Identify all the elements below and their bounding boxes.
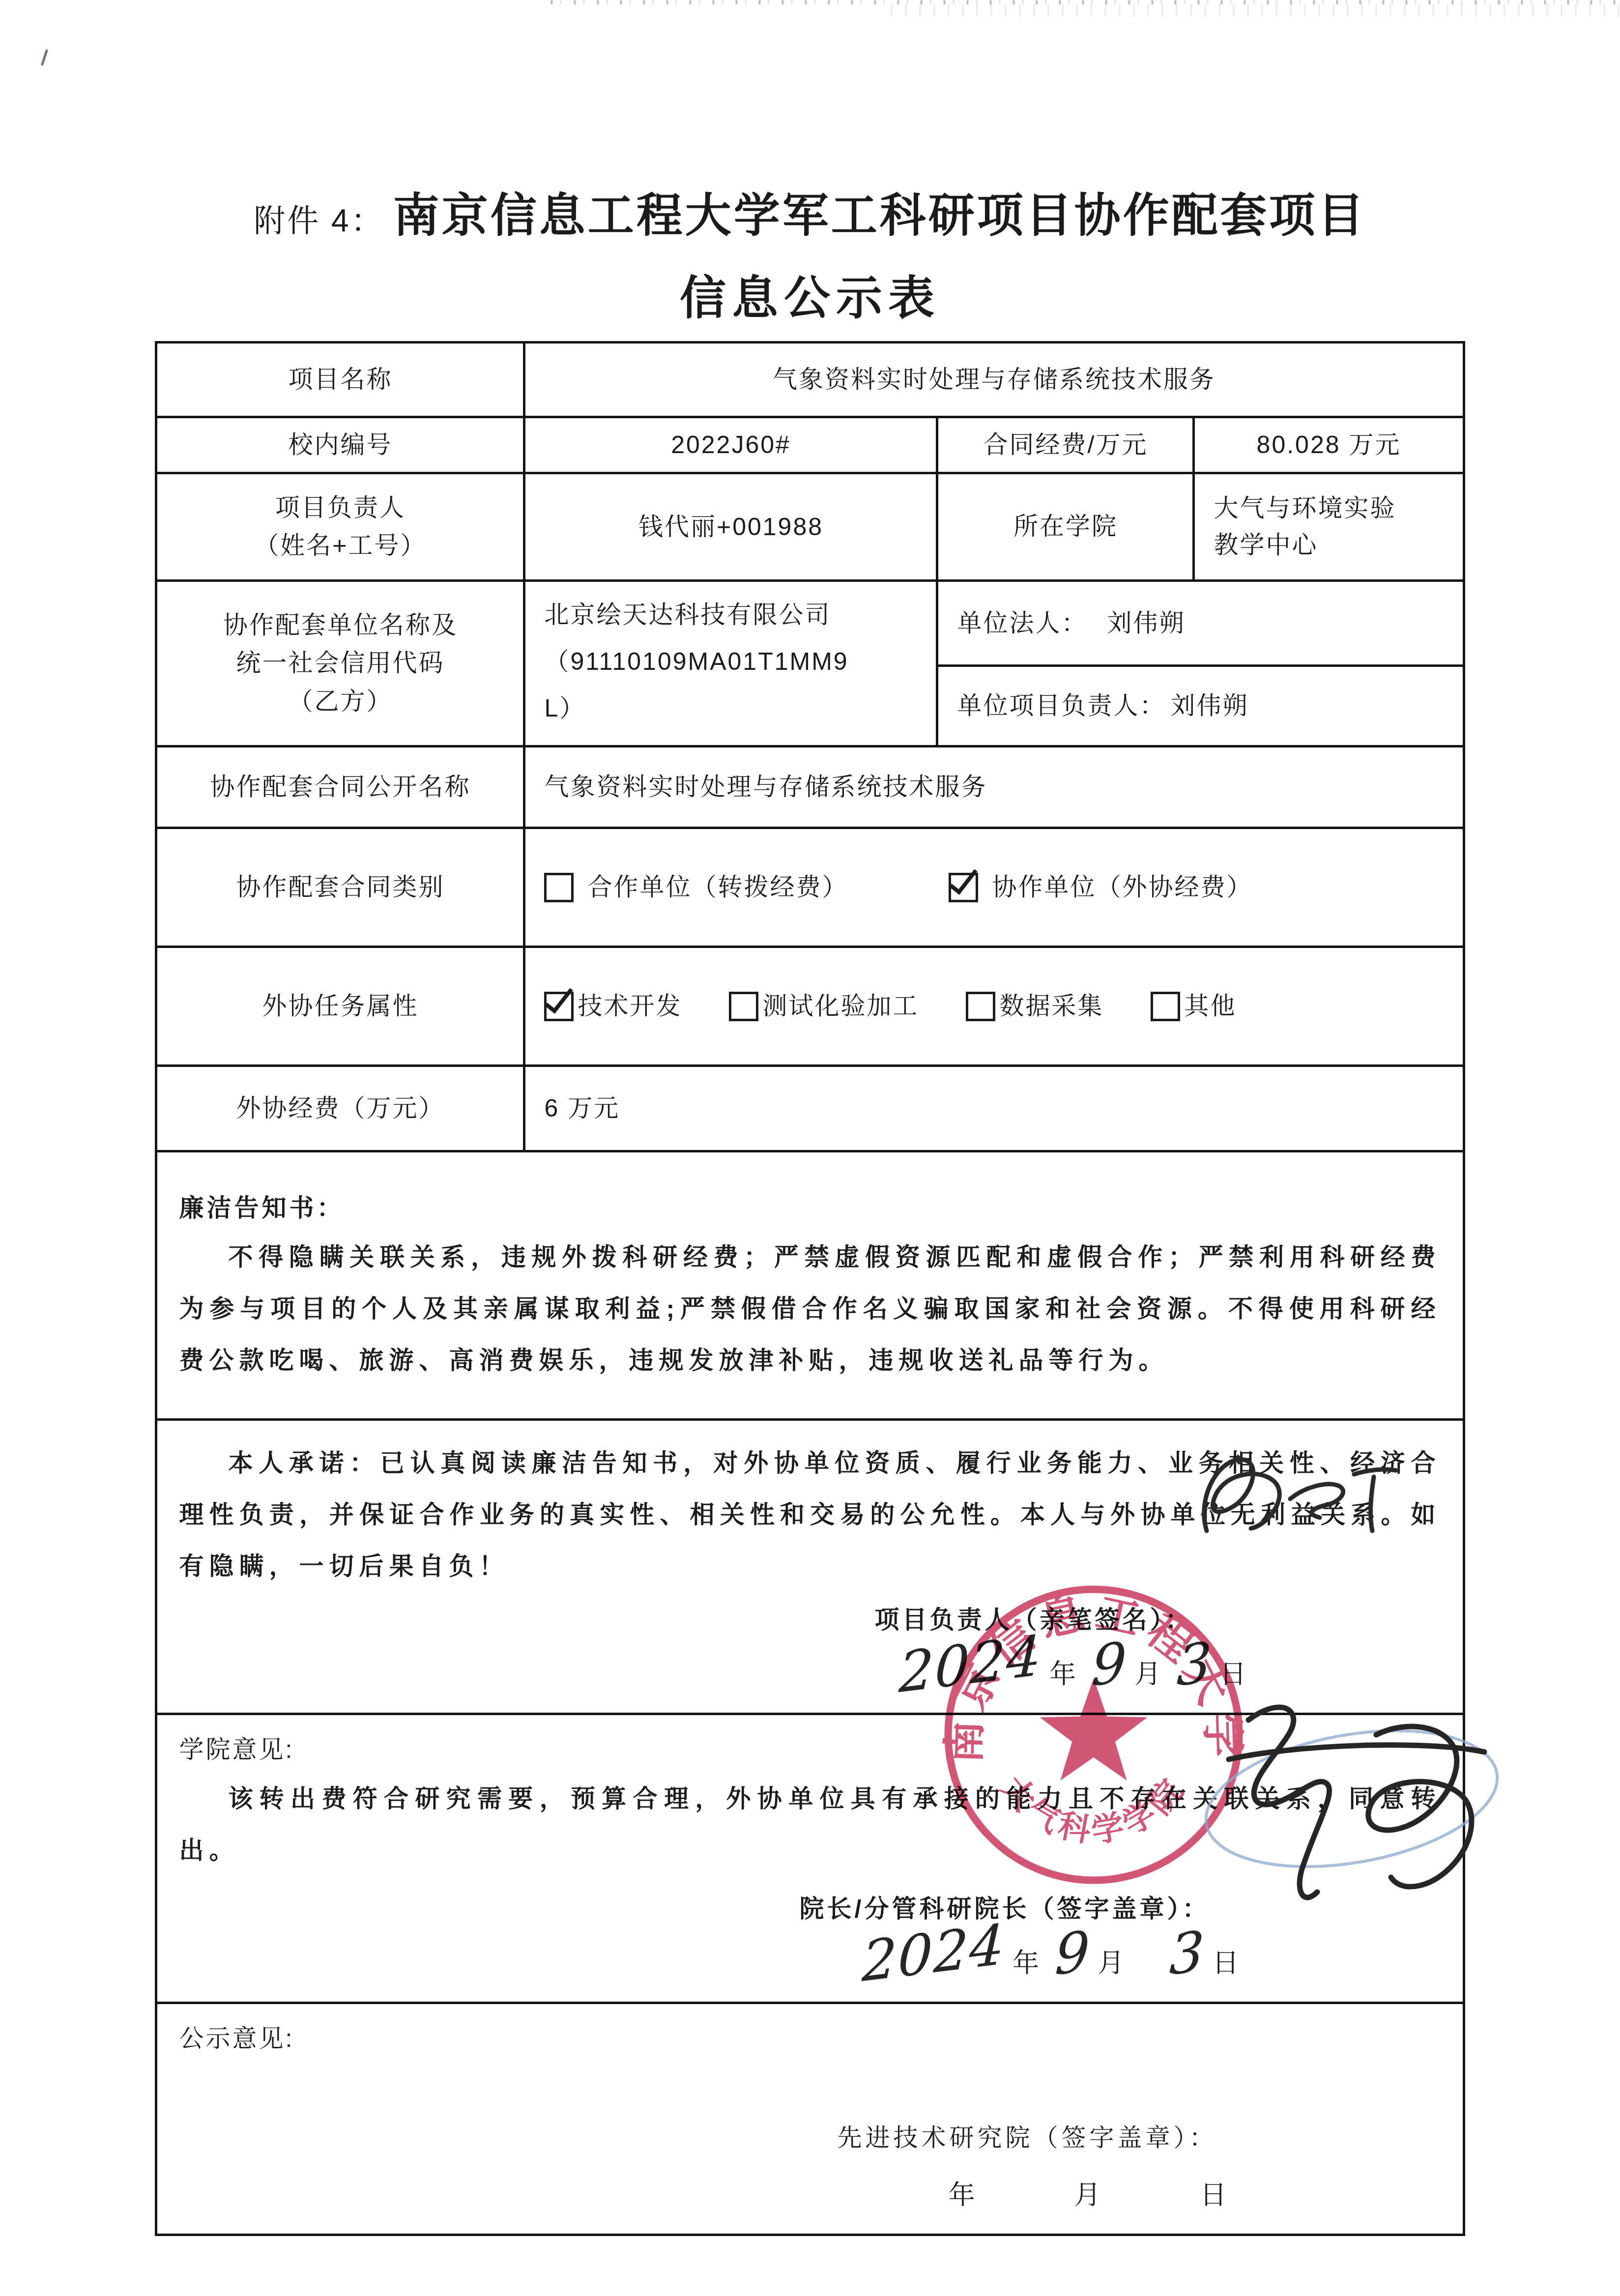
row-project-name: 项目名称 气象资料实时处理与存储系统技术服务 bbox=[156, 343, 1464, 417]
college-value: 大气与环境实验 教学中心 bbox=[1194, 473, 1464, 581]
outsource-fund-value: 6 万元 bbox=[524, 1066, 1464, 1151]
blank-date-line: 年 月 日 bbox=[179, 2168, 1441, 2223]
public-name-label: 协作配套合同公开名称 bbox=[156, 746, 524, 828]
integrity-notice-cell: 廉洁告知书： 不得隐瞒关联关系，违规外拨科研经费；严禁虚假资源匹配和虚假合作；严… bbox=[156, 1151, 1464, 1420]
college-opinion-label: 学院意见: bbox=[179, 1726, 1441, 1773]
pi-sign-label: 项目负责人（亲笔签名）： bbox=[179, 1592, 1441, 1647]
scanned-form-page: 附件 4：南京信息工程大学军工科研项目协作配套项目 信息公示表 项目名称 气象资… bbox=[0, 0, 1620, 2296]
document-title-text: 南京信息工程大学军工科研项目协作配套项目 bbox=[393, 190, 1366, 241]
year-unit: 年 bbox=[1049, 1660, 1077, 1689]
document-title: 附件 4：南京信息工程大学军工科研项目协作配套项目 信息公示表 bbox=[0, 0, 1620, 321]
option-label: 协作单位（外协经费） bbox=[992, 869, 1252, 906]
option-label: 测试化验加工 bbox=[762, 988, 919, 1025]
school-code-value: 2022J60# bbox=[524, 417, 937, 473]
row-task-attr: 外协任务属性 技术开发 测试化验加工 数据采集 其他 bbox=[156, 947, 1464, 1066]
handwritten-month: 9 bbox=[1092, 1663, 1128, 1667]
month-unit: 月 bbox=[1098, 1949, 1125, 1978]
scanner-noise-artifact bbox=[891, 4, 1620, 17]
leader-label: 项目负责人 （姓名+工号） bbox=[156, 473, 524, 581]
checkbox-unchecked-icon bbox=[729, 992, 758, 1021]
title-line-2: 信息公示表 bbox=[0, 275, 1620, 321]
task-attr-label: 外协任务属性 bbox=[156, 947, 524, 1066]
row-partner-unit: 协作配套单位名称及 统一社会信用代码 （乙方） 北京绘天达科技有限公司 （911… bbox=[156, 581, 1464, 666]
option-label: 其他 bbox=[1184, 988, 1236, 1025]
checkbox-unchecked-icon bbox=[1151, 992, 1180, 1021]
row-outsource-fund: 外协经费（万元） 6 万元 bbox=[156, 1066, 1464, 1151]
legal-person-value: 刘伟朔 bbox=[1107, 609, 1185, 637]
contract-type-options: 合作单位（转拨经费） 协作单位（外协经费） bbox=[524, 828, 1464, 947]
task-attr-options: 技术开发 测试化验加工 数据采集 其他 bbox=[524, 947, 1464, 1066]
contract-type-label: 协作配套合同类别 bbox=[156, 828, 524, 947]
project-name-value: 气象资料实时处理与存储系统技术服务 bbox=[524, 343, 1464, 417]
dean-sign-label: 院长/分管科研院长（签字盖章）： bbox=[179, 1881, 1441, 1936]
leader-value: 钱代丽+001988 bbox=[524, 473, 937, 581]
day-unit: 日 bbox=[1213, 1949, 1240, 1978]
college-opinion-body: 该转出费符合研究需要，预算合理，外协单位具有承接的能力且不存在关联关系，同意转出… bbox=[179, 1773, 1441, 1876]
handwritten-year: 2024 bbox=[862, 1945, 1005, 1962]
option-label: 合作单位（转拨经费） bbox=[587, 869, 848, 906]
publicity-opinion-label: 公示意见: bbox=[179, 2015, 1441, 2062]
contract-fund-value: 80.028 万元 bbox=[1194, 417, 1464, 473]
attachment-label: 附件 4： bbox=[254, 203, 384, 238]
checkbox-checked-icon bbox=[544, 992, 574, 1021]
year-unit: 年 bbox=[1012, 1949, 1040, 1978]
day-unit: 日 bbox=[1200, 2181, 1228, 2210]
row-college-opinion: 学院意见: 该转出费符合研究需要，预算合理，外协单位具有承接的能力且不存在关联关… bbox=[156, 1714, 1464, 2003]
unit-pi-value: 刘伟朔 bbox=[1170, 692, 1248, 719]
handwritten-day: 3 bbox=[1170, 1952, 1206, 1956]
option-other: 其他 bbox=[1151, 988, 1236, 1025]
commitment-body: 本人承诺：已认真阅读廉洁告知书，对外协单位资质、履行业务能力、业务相关性、经济合… bbox=[179, 1437, 1441, 1592]
checkbox-unchecked-icon bbox=[544, 873, 574, 902]
checkbox-unchecked-icon bbox=[966, 992, 995, 1021]
row-contract-type: 协作配套合同类别 合作单位（转拨经费） 协作单位（外协经费） bbox=[156, 828, 1464, 947]
contract-fund-label: 合同经费/万元 bbox=[937, 417, 1194, 473]
option-label: 数据采集 bbox=[999, 988, 1103, 1025]
unit-pi-cell: 单位项目负责人：刘伟朔 bbox=[937, 666, 1464, 746]
row-publicity-opinion: 公示意见: 先进技术研究院（签字盖章）： 年 月 日 bbox=[156, 2003, 1464, 2235]
month-unit: 月 bbox=[1134, 1660, 1162, 1689]
partner-unit-label: 协作配套单位名称及 统一社会信用代码 （乙方） bbox=[156, 581, 524, 746]
integrity-body: 不得隐瞒关联关系，违规外拨科研经费；严禁虚假资源匹配和虚假合作；严禁利用科研经费… bbox=[179, 1232, 1441, 1386]
month-unit: 月 bbox=[1074, 2181, 1102, 2210]
legal-person-label: 单位法人： bbox=[957, 609, 1087, 637]
day-unit: 日 bbox=[1220, 1660, 1247, 1689]
partner-unit-value: 北京绘天达科技有限公司 （91110109MA01T1MM9 L） bbox=[524, 581, 937, 746]
integrity-heading: 廉洁告知书： bbox=[179, 1184, 1441, 1232]
info-table: 项目名称 气象资料实时处理与存储系统技术服务 校内编号 2022J60# 合同经… bbox=[155, 341, 1465, 2236]
commitment-cell: 本人承诺：已认真阅读廉洁告知书，对外协单位资质、履行业务能力、业务相关性、经济合… bbox=[156, 1420, 1464, 1714]
public-name-value: 气象资料实时处理与存储系统技术服务 bbox=[524, 746, 1464, 828]
legal-person-cell: 单位法人：刘伟朔 bbox=[937, 581, 1464, 666]
college-label: 所在学院 bbox=[937, 473, 1194, 581]
publicity-opinion-cell: 公示意见: 先进技术研究院（签字盖章）： 年 月 日 bbox=[156, 2003, 1464, 2235]
pi-sign-date: 2024年 9月 3日 bbox=[179, 1647, 1441, 1702]
option-data-collection: 数据采集 bbox=[966, 988, 1103, 1025]
row-commitment: 本人承诺：已认真阅读廉洁告知书，对外协单位资质、履行业务能力、业务相关性、经济合… bbox=[156, 1420, 1464, 1714]
title-line-1: 附件 4：南京信息工程大学军工科研项目协作配套项目 bbox=[0, 193, 1620, 239]
handwritten-month: 9 bbox=[1055, 1952, 1091, 1956]
option-testing: 测试化验加工 bbox=[729, 988, 919, 1025]
row-leader: 项目负责人 （姓名+工号） 钱代丽+001988 所在学院 大气与环境实验 教学… bbox=[156, 473, 1464, 581]
unit-pi-label: 单位项目负责人： bbox=[957, 692, 1165, 719]
row-integrity-notice: 廉洁告知书： 不得隐瞒关联关系，违规外拨科研经费；严禁虚假资源匹配和虚假合作；严… bbox=[156, 1151, 1464, 1420]
option-cooperation-unit: 合作单位（转拨经费） bbox=[544, 869, 848, 906]
handwritten-year: 2024 bbox=[899, 1656, 1042, 1673]
project-name-label: 项目名称 bbox=[156, 343, 524, 417]
institute-sign-label: 先进技术研究院（签字盖章）： bbox=[179, 2110, 1441, 2165]
college-opinion-cell: 学院意见: 该转出费符合研究需要，预算合理，外协单位具有承接的能力且不存在关联关… bbox=[156, 1714, 1464, 2003]
row-school-code: 校内编号 2022J60# 合同经费/万元 80.028 万元 bbox=[156, 417, 1464, 473]
option-tech-dev: 技术开发 bbox=[544, 988, 682, 1025]
row-public-name: 协作配套合同公开名称 气象资料实时处理与存储系统技术服务 bbox=[156, 746, 1464, 828]
dean-sign-date: 2024年 9月 3日 bbox=[179, 1936, 1441, 1991]
school-code-label: 校内编号 bbox=[156, 417, 524, 473]
year-unit: 年 bbox=[949, 2181, 976, 2210]
handwritten-day: 3 bbox=[1177, 1663, 1213, 1667]
checkbox-checked-icon bbox=[949, 873, 978, 902]
option-label: 技术开发 bbox=[578, 988, 682, 1025]
spacer bbox=[179, 2062, 1441, 2110]
outsource-fund-label: 外协经费（万元） bbox=[156, 1066, 524, 1151]
option-collaboration-unit: 协作单位（外协经费） bbox=[949, 869, 1252, 906]
